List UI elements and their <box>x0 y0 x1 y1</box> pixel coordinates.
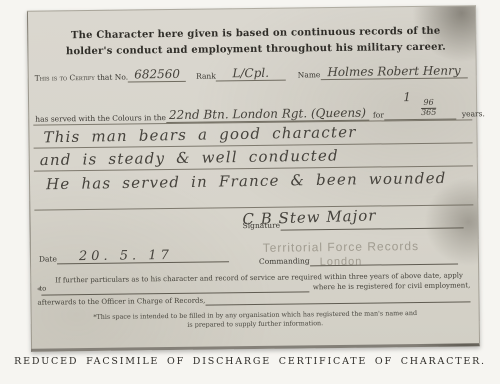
rank-value: L/Cpl. <box>216 67 286 82</box>
date-row: Date <box>39 252 229 264</box>
character-remark-line-2: and is steady & well conducted <box>40 146 339 169</box>
date-label: Date <box>39 254 57 264</box>
footnote-line-3-text: afterwards to the Officer in Charge of R… <box>37 298 205 308</box>
rank-label: Rank <box>196 71 216 81</box>
records-blank-line <box>205 300 470 305</box>
duration-value: 196365 <box>384 91 456 120</box>
duration-frac-den: 365 <box>421 108 436 118</box>
duration-fraction: 96365 <box>421 99 437 118</box>
footnote-line-3: afterwards to the Officer in Charge of R… <box>37 294 470 307</box>
certify-line: This is to Certify that No. 682560 Rank … <box>35 64 468 83</box>
character-remark-line-1: This man bears a good character <box>43 123 356 146</box>
footnote-line-2-text: where he is registered for civil employm… <box>313 282 471 292</box>
certificate-header: The Character here given is based on con… <box>56 24 455 60</box>
duration-whole: 1 <box>403 90 411 104</box>
commanding-label: Commanding <box>259 256 310 267</box>
certificate-photo: The Character here given is based on con… <box>27 5 480 351</box>
date-line <box>57 260 229 264</box>
footnote-note: *This space is intended to be filled in … <box>92 309 419 330</box>
service-number-value: 682560 <box>128 68 186 83</box>
signature-line <box>280 226 463 230</box>
figure-caption: REDUCED FACSIMILE OF DISCHARGE CERTIFICA… <box>0 356 500 367</box>
years-label: years. <box>462 109 485 119</box>
certify-lead: This is to Certify <box>35 73 95 83</box>
footnote-blank-line <box>41 290 309 295</box>
for-label: for <box>373 110 384 120</box>
duration-frac-num: 96 <box>421 99 436 108</box>
name-label: Name <box>298 70 321 80</box>
name-value: Holmes Robert Henry <box>320 64 468 80</box>
character-remark-line-3: He has served in France & been wounded <box>46 169 447 193</box>
records-stamp-line-1: Territorial Force Records <box>211 238 471 255</box>
certify-lead-rest: that No. <box>97 73 128 82</box>
